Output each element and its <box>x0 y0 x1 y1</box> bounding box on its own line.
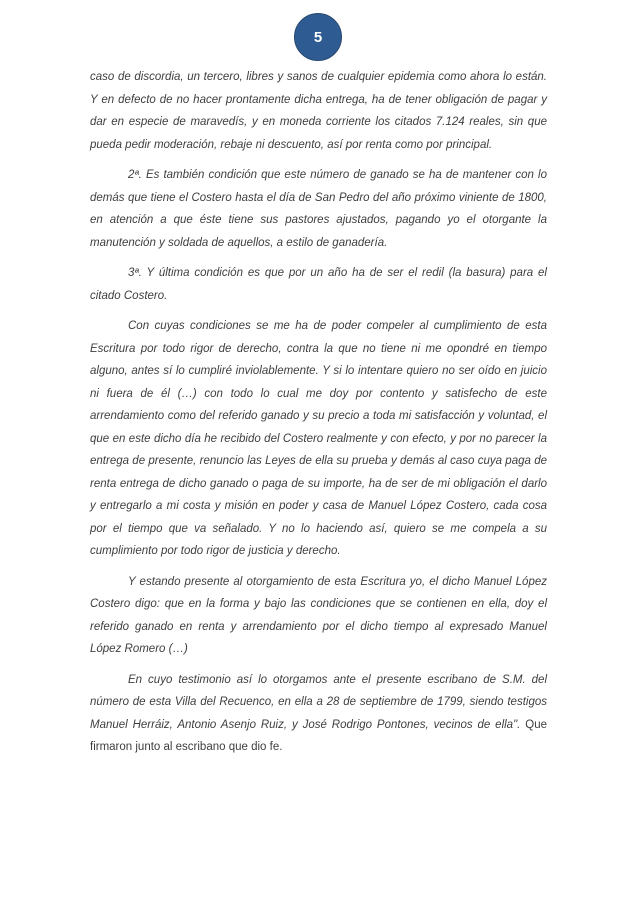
document-body: caso de discordia, un tercero, libres y … <box>90 66 547 767</box>
paragraph-text-italic: caso de discordia, un tercero, libres y … <box>90 71 547 151</box>
page-number: 5 <box>314 29 322 46</box>
paragraph: 2ª. Es también condición que este número… <box>90 164 547 254</box>
paragraph: 3ª. Y última condición es que por un año… <box>90 262 547 307</box>
paragraph-text-italic: Con cuyas condiciones se me ha de poder … <box>90 320 547 557</box>
document-page: 5 caso de discordia, un tercero, libres … <box>0 0 636 899</box>
paragraph: Con cuyas condiciones se me ha de poder … <box>90 315 547 563</box>
paragraph-text-italic: 2ª. Es también condición que este número… <box>90 169 547 249</box>
paragraph: Y estando presente al otorgamiento de es… <box>90 571 547 661</box>
paragraph-text-italic: En cuyo testimonio así lo otorgamos ante… <box>90 674 547 731</box>
page-number-badge: 5 <box>294 13 342 61</box>
paragraph: En cuyo testimonio así lo otorgamos ante… <box>90 669 547 759</box>
paragraph-text-italic: Y estando presente al otorgamiento de es… <box>90 576 547 656</box>
paragraph-text-italic: 3ª. Y última condición es que por un año… <box>90 267 547 302</box>
paragraph: caso de discordia, un tercero, libres y … <box>90 66 547 156</box>
